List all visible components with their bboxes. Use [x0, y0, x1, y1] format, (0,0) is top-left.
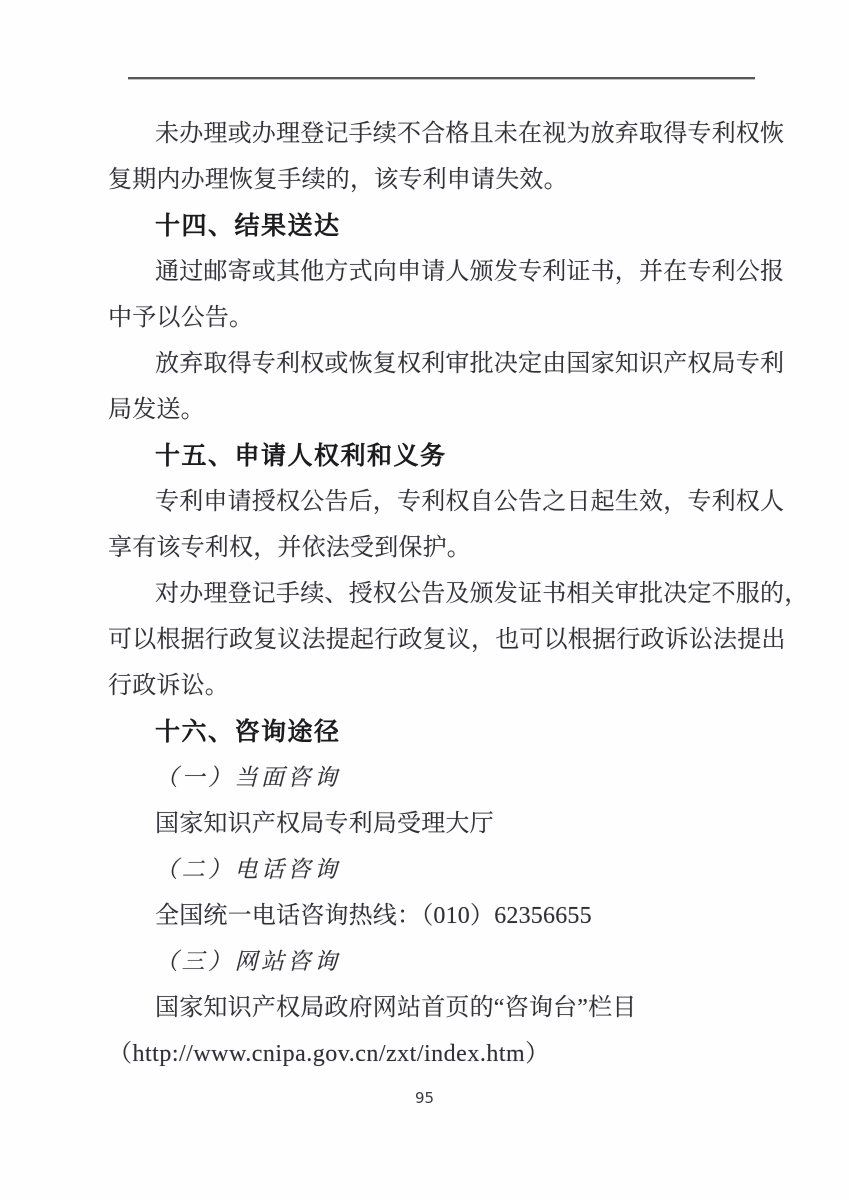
section-heading-16: 十六、咨询途径 — [108, 709, 798, 755]
section-heading-15: 十五、申请人权利和义务 — [108, 433, 798, 479]
body-text-line: 中予以公告。 — [108, 295, 798, 341]
body-text-line: 复期内办理恢复手续的，该专利申请失效。 — [108, 157, 798, 203]
body-text-line: 专利申请授权公告后，专利权自公告之日起生效，专利权人 — [108, 479, 798, 525]
body-text-line: 国家知识产权局政府网站首页的“咨询台”栏目 — [108, 985, 798, 1031]
body-text-line: 行政诉讼。 — [108, 663, 798, 709]
document-body: 未办理或办理登记手续不合格且未在视为放弃取得专利权恢 复期内办理恢复手续的，该专… — [108, 111, 798, 1077]
section-heading-14: 十四、结果送达 — [108, 203, 798, 249]
subsection-heading-phone: （二）电话咨询 — [108, 847, 798, 893]
body-text-line: 国家知识产权局专利局受理大厅 — [108, 801, 798, 847]
body-text-line: 通过邮寄或其他方式向申请人颁发专利证书，并在专利公报 — [108, 249, 798, 295]
document-page: 未办理或办理登记手续不合格且未在视为放弃取得专利权恢 复期内办理恢复手续的，该专… — [0, 0, 849, 1200]
body-text-line: 可以根据行政复议法提起行政复议，也可以根据行政诉讼法提出 — [108, 617, 798, 663]
phone-hotline-text: 全国统一电话咨询热线：（010）62356655 — [108, 893, 798, 939]
body-text-line: 局发送。 — [108, 387, 798, 433]
subsection-heading-in-person: （一）当面咨询 — [108, 755, 798, 801]
body-text-line: 放弃取得专利权或恢复权利审批决定由国家知识产权局专利 — [108, 341, 798, 387]
website-url-text: （http://www.cnipa.gov.cn/zxt/index.htm） — [108, 1031, 798, 1077]
header-divider — [128, 77, 755, 79]
body-text-line: 对办理登记手续、授权公告及颁发证书相关审批决定不服的， — [108, 571, 798, 617]
body-text-line: 享有该专利权，并依法受到保护。 — [108, 525, 798, 571]
page-number: 95 — [0, 1089, 849, 1107]
body-text-line: 未办理或办理登记手续不合格且未在视为放弃取得专利权恢 — [108, 111, 798, 157]
subsection-heading-website: （三）网站咨询 — [108, 939, 798, 985]
